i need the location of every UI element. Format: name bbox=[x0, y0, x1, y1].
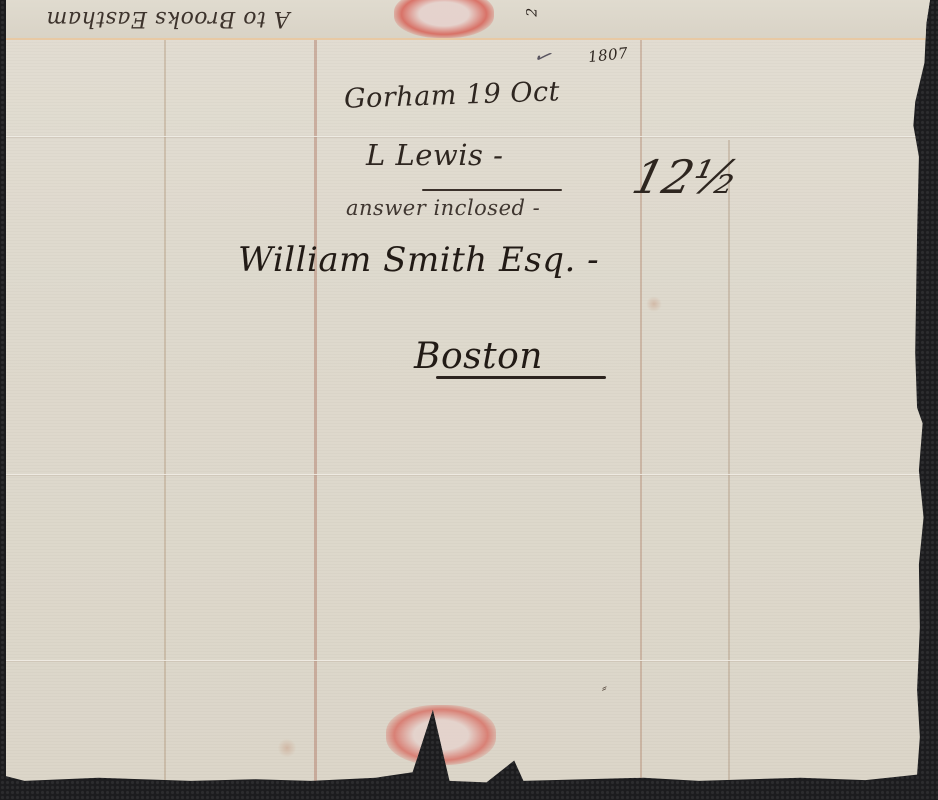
city-underline bbox=[436, 376, 606, 379]
docket-place-date: Gorham 19 Oct bbox=[344, 76, 561, 115]
fold-line-center-left bbox=[314, 40, 317, 784]
postage-rate: 12½ bbox=[627, 150, 745, 204]
letter-paper: A to Brooks Eastham 2 Gorham 19 Oct 1807… bbox=[6, 0, 930, 784]
fold-line-horizontal-upper bbox=[6, 136, 930, 137]
stain-spot-lower bbox=[278, 738, 296, 758]
sender-underline bbox=[422, 189, 562, 191]
fold-line-horizontal-lower bbox=[6, 660, 930, 661]
docket-year: 1807 bbox=[587, 44, 629, 66]
destination-city: Boston bbox=[414, 336, 543, 377]
flap-number-mark: 2 bbox=[525, 7, 541, 16]
ink-mark: ⸗ bbox=[602, 680, 607, 697]
docket-note: answer inclosed - bbox=[346, 196, 540, 220]
fold-line-left bbox=[164, 40, 166, 784]
wax-seal-top bbox=[394, 0, 494, 38]
wax-seal-bottom bbox=[386, 705, 496, 765]
recipient-name: William Smith Esq. - bbox=[238, 240, 599, 280]
fold-line-right bbox=[728, 140, 730, 784]
inverted-flap-text: A to Brooks Eastham bbox=[46, 6, 290, 31]
fold-line-horizontal-middle bbox=[6, 474, 930, 475]
check-mark: ✓ bbox=[530, 42, 554, 70]
stain-spot bbox=[646, 296, 662, 312]
docket-sender: L Lewis - bbox=[366, 138, 503, 172]
